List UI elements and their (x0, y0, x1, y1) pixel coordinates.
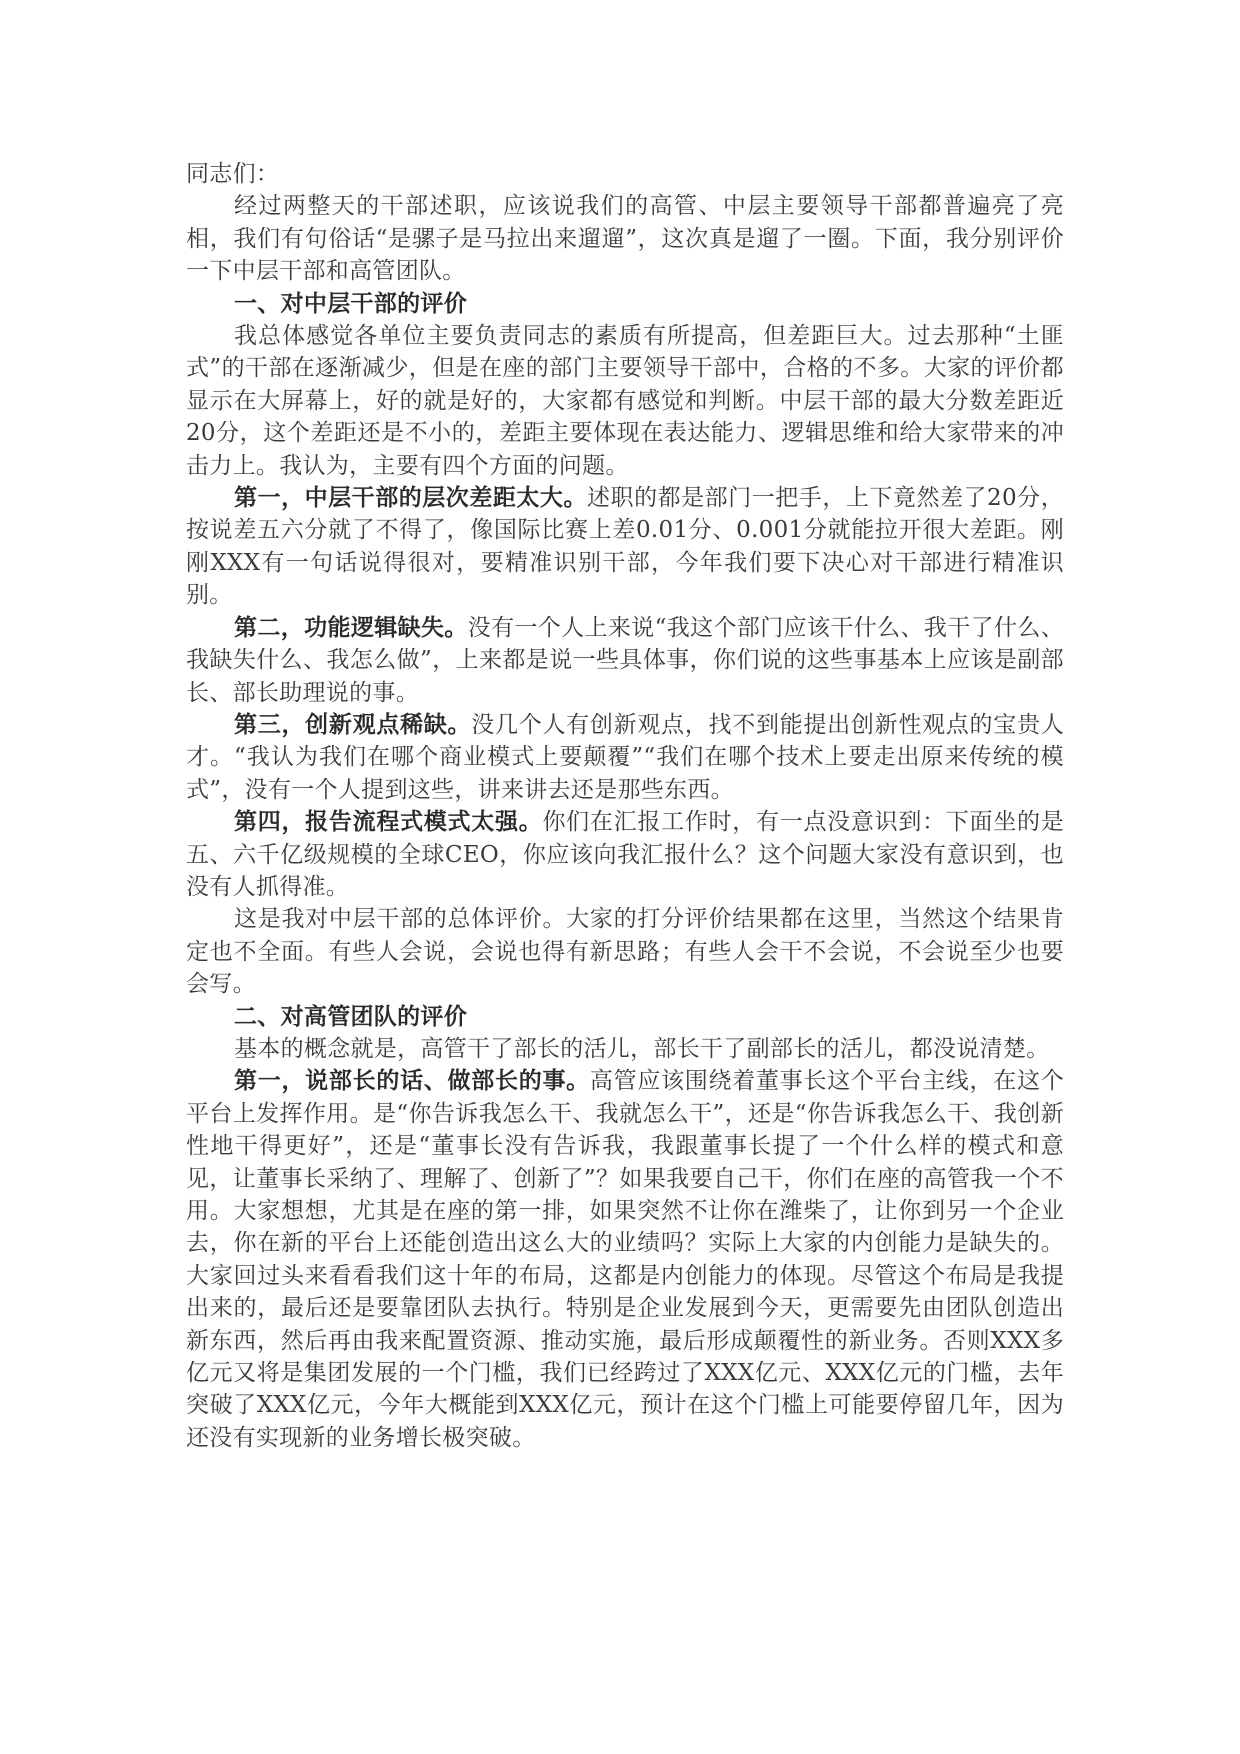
point-lead: 第一，说部长的话、做部长的事。 (234, 1068, 590, 1094)
section-2-overview: 基本的概念就是，高管干了部长的活儿，部长干了副部长的活儿，都没说清楚。 (186, 1033, 1064, 1065)
section-1-point-4: 第四，报告流程式模式太强。你们在汇报工作时，有一点没意识到：下面坐的是五、六千亿… (186, 806, 1064, 903)
section-1-point-2: 第二，功能逻辑缺失。没有一个人上来说“我这个部门应该干什么、我干了什么、我缺失什… (186, 612, 1064, 709)
section-1-overview: 我总体感觉各单位主要负责同志的素质有所提高，但差距巨大。过去那种“土匪式”的干部… (186, 320, 1064, 482)
intro-paragraph: 经过两整天的干部述职，应该说我们的高管、中层主要领导干部都普遍亮了亮相，我们有句… (186, 190, 1064, 287)
section-1-heading: 一、对中层干部的评价 (186, 288, 1064, 320)
document-page: 同志们： 经过两整天的干部述职，应该说我们的高管、中层主要领导干部都普遍亮了亮相… (186, 158, 1064, 1454)
section-1-summary: 这是我对中层干部的总体评价。大家的打分评价结果都在这里，当然这个结果肯定也不全面… (186, 903, 1064, 1000)
point-lead: 第三，创新观点稀缺。 (234, 712, 471, 738)
section-2-heading: 二、对高管团队的评价 (186, 1001, 1064, 1033)
salutation: 同志们： (186, 158, 1064, 190)
section-1-point-3: 第三，创新观点稀缺。没几个人有创新观点，找不到能提出创新性观点的宝贵人才。“我认… (186, 709, 1064, 806)
point-lead: 第四，报告流程式模式太强。 (234, 809, 542, 835)
point-lead: 第二，功能逻辑缺失。 (234, 615, 468, 641)
point-lead: 第一，中层干部的层次差距太大。 (234, 485, 587, 511)
point-body: 高管应该围绕着董事长这个平台主线，在这个平台上发挥作用。是“你告诉我怎么干、我就… (186, 1068, 1064, 1450)
section-2-point-1: 第一，说部长的话、做部长的事。高管应该围绕着董事长这个平台主线，在这个平台上发挥… (186, 1065, 1064, 1454)
section-1-point-1: 第一，中层干部的层次差距太大。述职的都是部门一把手，上下竟然差了20分，按说差五… (186, 482, 1064, 612)
